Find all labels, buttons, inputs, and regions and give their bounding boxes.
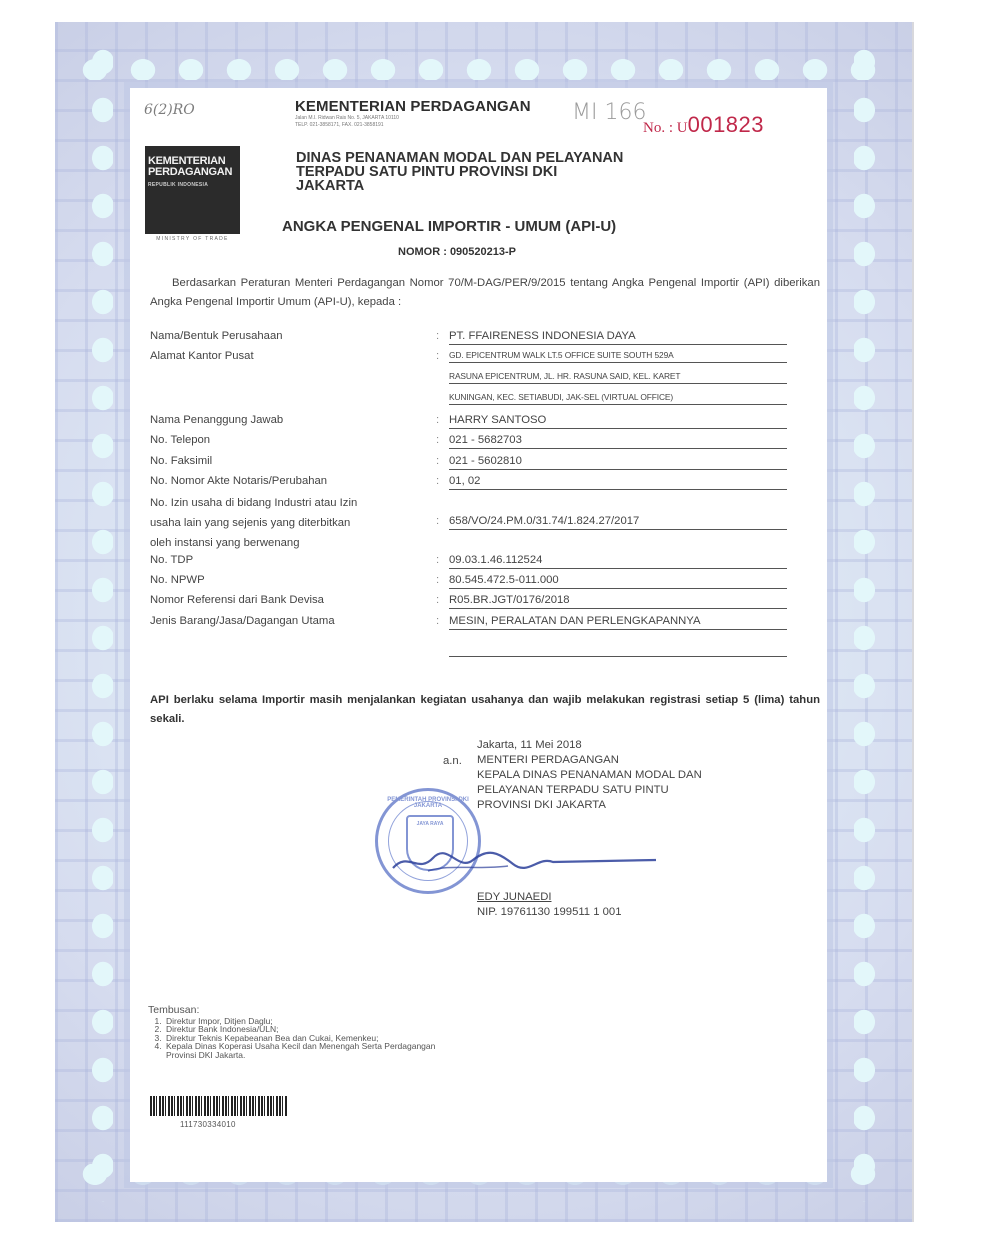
certificate-body: 6(2)RO KEMENTERIAN PERDAGANGAN Jalan M.I…: [130, 88, 827, 1182]
serial-number: No. : U001823: [643, 112, 764, 138]
carbon-copy-list: Tembusan: Direktur Impor, Ditjen Daglu; …: [148, 1006, 466, 1060]
carbon-copy-item: Kepala Dinas Koperasi Usaha Kecil dan Me…: [164, 1042, 466, 1059]
logo-caption: MINISTRY OF TRADE: [145, 236, 240, 242]
logo-line-3: REPUBLIK INDONESIA: [148, 182, 208, 188]
officer-name: EDY JUNAEDI: [477, 890, 621, 905]
officer-nip: NIP. 19761130 199511 1 001: [477, 905, 621, 920]
official-stamp-icon: PEMERINTAH PROVINSI DKI JAKARTA JAYA RAY…: [375, 788, 481, 894]
department-name: DINAS PENANAMAN MODAL DAN PELAYANAN TERP…: [296, 151, 623, 193]
handwritten-code: MI 166: [572, 100, 646, 125]
signatory-line-2: KEPALA DINAS PENANAMAN MODAL DAN: [477, 768, 797, 783]
signatory-line-4: PROVINSI DKI JAKARTA: [477, 798, 797, 813]
validity-notice: API berlaku selama Importir masih menjal…: [150, 691, 820, 729]
certificate-page: 6(2)RO KEMENTERIAN PERDAGANGAN Jalan M.I…: [55, 22, 914, 1222]
signature-icon: [388, 846, 658, 876]
officer-info: EDY JUNAEDI NIP. 19761130 199511 1 001: [477, 890, 621, 920]
place-date: Jakarta, 11 Mei 2018: [477, 738, 797, 753]
certificate-title: ANGKA PENGENAL IMPORTIR - UMUM (API-U): [282, 218, 616, 235]
logo-line-2: PERDAGANGAN: [148, 167, 232, 178]
signatory-line-1: MENTERI PERDAGANGAN: [477, 753, 797, 768]
ministry-header: KEMENTERIAN PERDAGANGAN Jalan M.I. Ridwa…: [295, 98, 531, 129]
on-behalf-label: a.n.: [443, 754, 462, 769]
ministry-logo: KEMENTERIAN PERDAGANGAN REPUBLIK INDONES…: [145, 146, 240, 234]
signatory-line-3: PELAYANAN TERPADU SATU PINTU: [477, 783, 797, 798]
handwritten-note: 6(2)RO: [144, 102, 195, 118]
ministry-title: KEMENTERIAN PERDAGANGAN: [295, 98, 531, 115]
ministry-address: Jalan M.I. Ridwan Rais No. 5, JAKARTA 10…: [295, 115, 531, 122]
certificate-number: NOMOR : 090520213-P: [398, 246, 516, 258]
intro-paragraph: Berdasarkan Peraturan Menteri Perdaganga…: [150, 274, 820, 312]
barcode-number: 111730334010: [180, 1120, 236, 1129]
carbon-copy-title: Tembusan:: [148, 1006, 466, 1015]
barcode-icon: [150, 1096, 288, 1116]
ministry-contact: TELP. 021-3858171, FAX. 021-3858191: [295, 122, 531, 129]
serial-value: 001823: [688, 112, 764, 137]
serial-label: No. : U: [643, 120, 688, 136]
